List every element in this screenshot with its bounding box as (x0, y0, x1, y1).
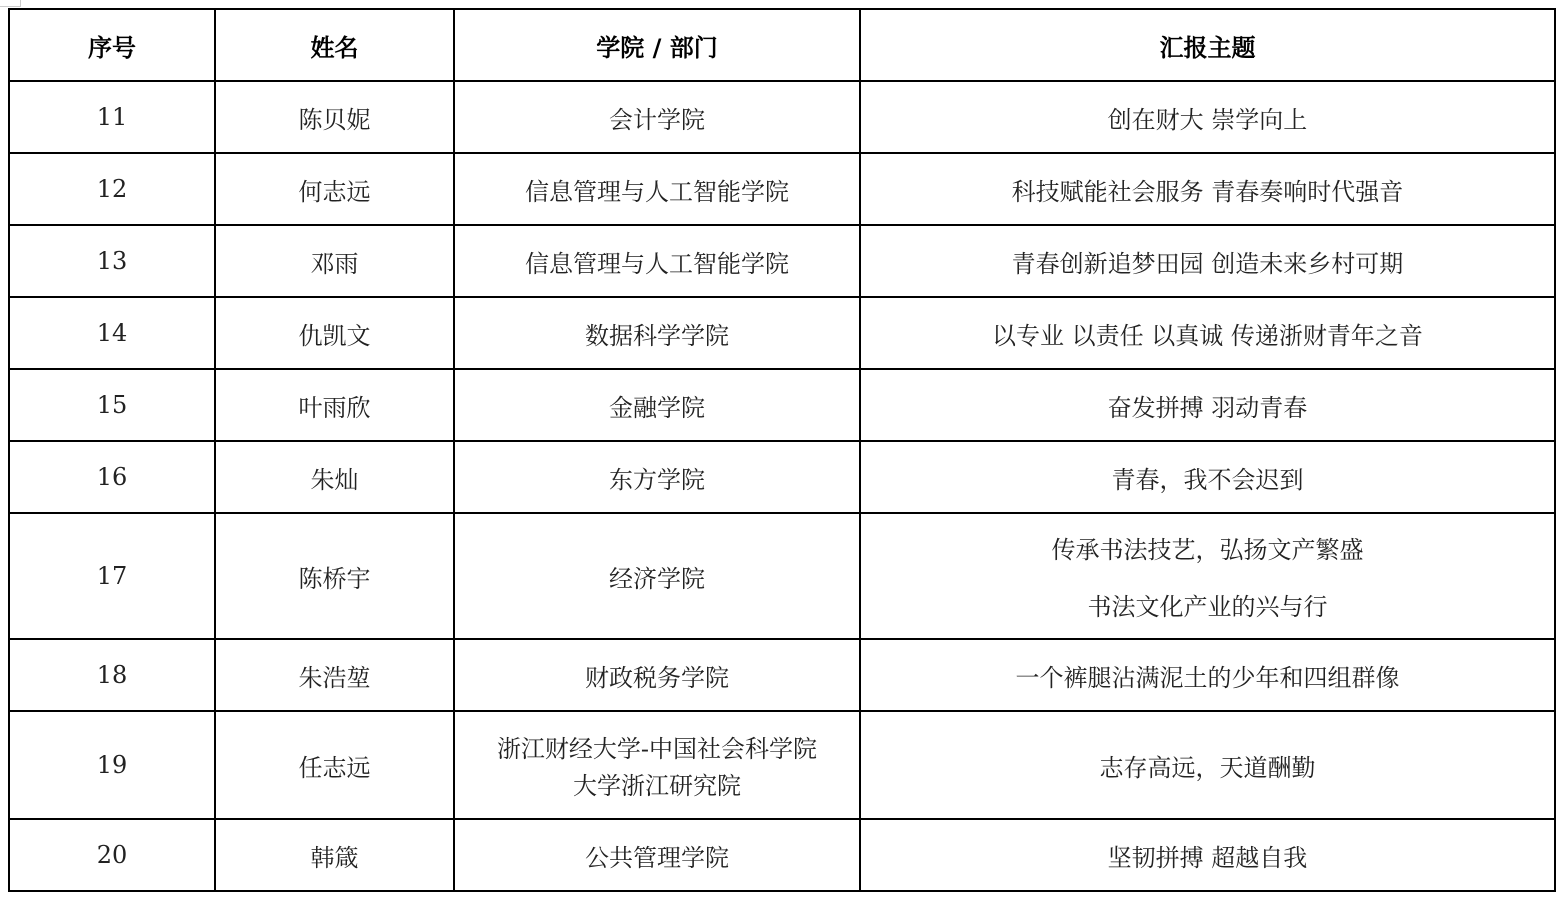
cell-number: 15 (9, 369, 215, 441)
table-row: 19 任志远 浙江财经大学-中国社会科学院 大学浙江研究院 志存高远，天道酬勤 (9, 711, 1555, 819)
topic-text: 一个裤腿沾满泥土的少年和四组群像 (861, 658, 1554, 693)
table-header-row: 序号 姓名 学院 / 部门 汇报主题 (9, 9, 1555, 81)
table-row: 11 陈贝妮 会计学院 创在财大 崇学向上 (9, 81, 1555, 153)
cell-name: 陈桥宇 (215, 513, 454, 639)
cell-department: 数据科学学院 (454, 297, 860, 369)
header-topic: 汇报主题 (860, 9, 1555, 81)
department-text: 信息管理与人工智能学院 (455, 172, 859, 207)
cell-number: 19 (9, 711, 215, 819)
cell-topic: 坚韧拼搏 超越自我 (860, 819, 1555, 891)
cell-department: 会计学院 (454, 81, 860, 153)
topic-text: 青春创新追梦田园 创造未来乡村可期 (861, 244, 1554, 279)
topic-text-line-2: 书法文化产业的兴与行 (861, 587, 1554, 622)
topic-text: 创在财大 崇学向上 (861, 100, 1554, 135)
cell-topic: 青春创新追梦田园 创造未来乡村可期 (860, 225, 1555, 297)
department-text: 数据科学学院 (455, 316, 859, 351)
cell-topic: 奋发拼搏 羽动青春 (860, 369, 1555, 441)
topic-text-line-1: 传承书法技艺，弘扬文产繁盛 (861, 530, 1554, 565)
header-department: 学院 / 部门 (454, 9, 860, 81)
cell-topic: 创在财大 崇学向上 (860, 81, 1555, 153)
cell-name: 任志远 (215, 711, 454, 819)
department-text: 公共管理学院 (455, 838, 859, 873)
table-row: 15 叶雨欣 金融学院 奋发拼搏 羽动青春 (9, 369, 1555, 441)
department-text: 信息管理与人工智能学院 (455, 244, 859, 279)
cell-topic: 科技赋能社会服务 青春奏响时代强音 (860, 153, 1555, 225)
cell-number: 17 (9, 513, 215, 639)
department-text-line-2: 大学浙江研究院 (455, 766, 859, 801)
header-name: 姓名 (215, 9, 454, 81)
cell-number: 18 (9, 639, 215, 711)
table-row: 14 仇凯文 数据科学学院 以专业 以责任 以真诚 传递浙财青年之音 (9, 297, 1555, 369)
table-row: 20 韩箴 公共管理学院 坚韧拼搏 超越自我 (9, 819, 1555, 891)
topic-text: 以专业 以责任 以真诚 传递浙财青年之音 (861, 316, 1554, 351)
cell-number: 11 (9, 81, 215, 153)
cell-department: 东方学院 (454, 441, 860, 513)
header-number: 序号 (9, 9, 215, 81)
topic-text: 志存高远，天道酬勤 (861, 748, 1554, 783)
cell-department: 信息管理与人工智能学院 (454, 153, 860, 225)
cell-name: 朱浩堃 (215, 639, 454, 711)
table-row: 12 何志远 信息管理与人工智能学院 科技赋能社会服务 青春奏响时代强音 (9, 153, 1555, 225)
cell-topic: 传承书法技艺，弘扬文产繁盛 书法文化产业的兴与行 (860, 513, 1555, 639)
table-row: 13 邓雨 信息管理与人工智能学院 青春创新追梦田园 创造未来乡村可期 (9, 225, 1555, 297)
table-row: 16 朱灿 东方学院 青春，我不会迟到 (9, 441, 1555, 513)
cell-name: 陈贝妮 (215, 81, 454, 153)
department-text: 东方学院 (455, 460, 859, 495)
report-schedule-table: 序号 姓名 学院 / 部门 汇报主题 11 陈贝妮 会计学院 创在财大 崇学向上… (8, 8, 1556, 892)
cell-name: 韩箴 (215, 819, 454, 891)
cell-topic: 青春，我不会迟到 (860, 441, 1555, 513)
cell-number: 16 (9, 441, 215, 513)
department-text: 经济学院 (455, 559, 859, 594)
cell-name: 何志远 (215, 153, 454, 225)
cell-number: 13 (9, 225, 215, 297)
topic-text: 科技赋能社会服务 青春奏响时代强音 (861, 172, 1554, 207)
table-row: 18 朱浩堃 财政税务学院 一个裤腿沾满泥土的少年和四组群像 (9, 639, 1555, 711)
cell-name: 仇凯文 (215, 297, 454, 369)
cell-department: 金融学院 (454, 369, 860, 441)
cell-topic: 志存高远，天道酬勤 (860, 711, 1555, 819)
cell-number: 12 (9, 153, 215, 225)
department-text-line-1: 浙江财经大学-中国社会科学院 (455, 729, 859, 764)
cell-topic: 以专业 以责任 以真诚 传递浙财青年之音 (860, 297, 1555, 369)
cell-department: 经济学院 (454, 513, 860, 639)
page-corner-mark (0, 0, 21, 7)
cell-number: 20 (9, 819, 215, 891)
cell-name: 叶雨欣 (215, 369, 454, 441)
cell-number: 14 (9, 297, 215, 369)
department-text: 会计学院 (455, 100, 859, 135)
cell-name: 朱灿 (215, 441, 454, 513)
topic-text: 坚韧拼搏 超越自我 (861, 838, 1554, 873)
cell-department: 浙江财经大学-中国社会科学院 大学浙江研究院 (454, 711, 860, 819)
department-text: 财政税务学院 (455, 658, 859, 693)
cell-department: 财政税务学院 (454, 639, 860, 711)
cell-department: 公共管理学院 (454, 819, 860, 891)
cell-department: 信息管理与人工智能学院 (454, 225, 860, 297)
table-row: 17 陈桥宇 经济学院 传承书法技艺，弘扬文产繁盛 书法文化产业的兴与行 (9, 513, 1555, 639)
topic-text: 奋发拼搏 羽动青春 (861, 388, 1554, 423)
topic-text: 青春，我不会迟到 (861, 460, 1554, 495)
department-text: 金融学院 (455, 388, 859, 423)
cell-topic: 一个裤腿沾满泥土的少年和四组群像 (860, 639, 1555, 711)
cell-name: 邓雨 (215, 225, 454, 297)
